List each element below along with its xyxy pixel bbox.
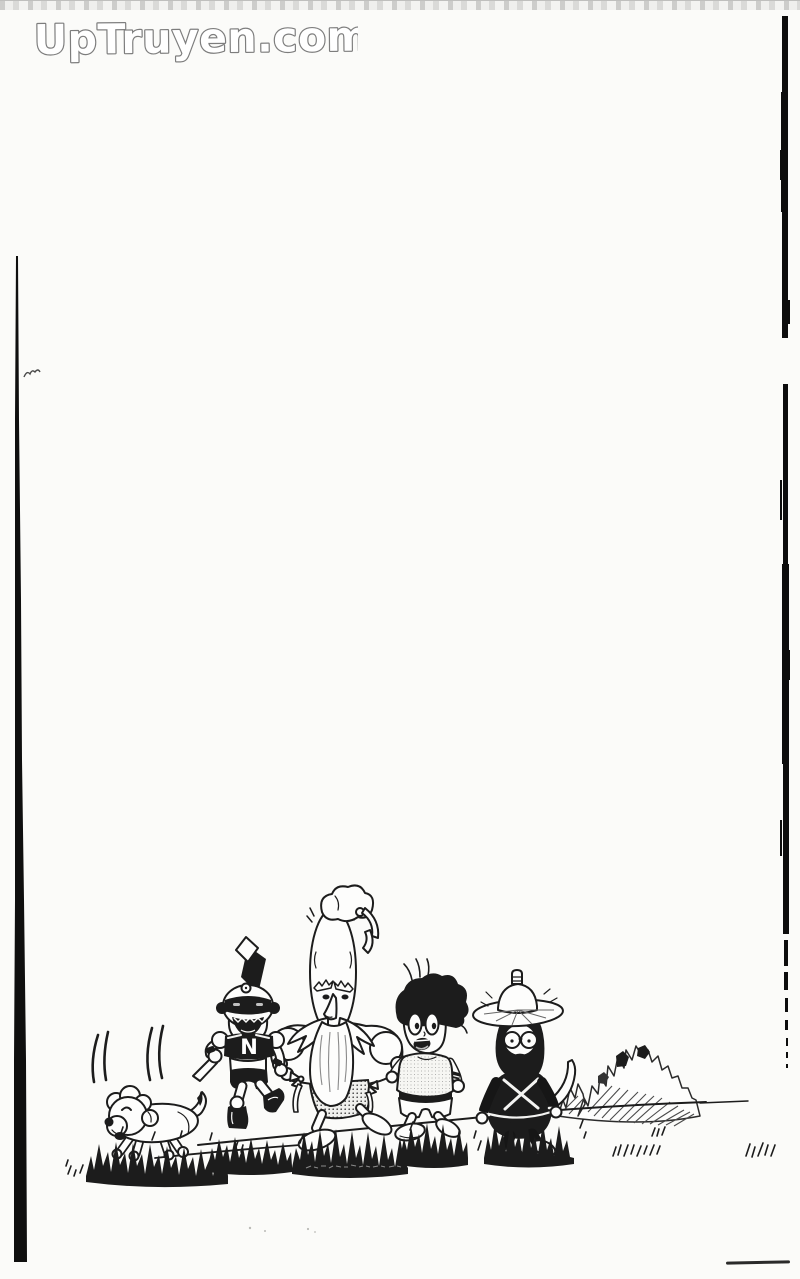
speed-lines <box>93 1026 163 1082</box>
paper-specks <box>249 1227 316 1233</box>
ink-smudge <box>24 370 40 377</box>
puppy-dog <box>105 1086 207 1161</box>
visor <box>224 996 272 1015</box>
bearded-old-man <box>271 885 410 1154</box>
scan-artifact-left <box>0 0 46 1279</box>
straw-hat <box>472 970 563 1028</box>
bush <box>558 1045 700 1126</box>
scanned-manga-page: UpTruyen.com <box>0 0 800 1279</box>
site-watermark-text: UpTruyen.com <box>34 12 358 64</box>
robot-chest-letter: N <box>240 1035 258 1059</box>
walking-characters-illustration: N <box>60 860 800 1279</box>
site-watermark-logo: UpTruyen.com <box>28 8 358 84</box>
robot-boy: N <box>193 937 287 1129</box>
